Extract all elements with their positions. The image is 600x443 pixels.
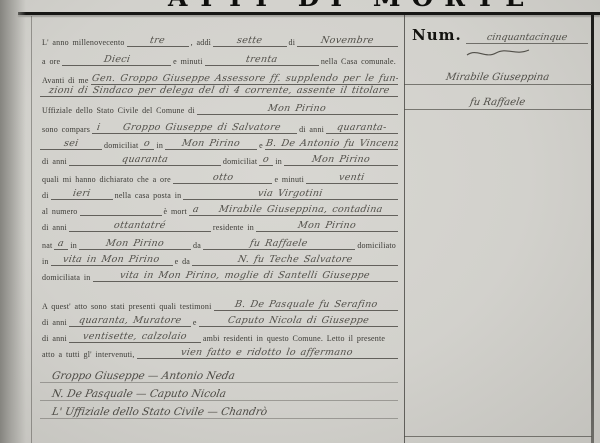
handwritten-entry: Mon Pirino — [256, 220, 398, 232]
printed-text: e minuti — [171, 57, 205, 66]
printed-text: nella casa posta in — [113, 191, 184, 200]
printed-text: quali mi hanno dichiarato che a ore — [40, 175, 173, 184]
top-border-rule — [18, 12, 600, 15]
handwritten-entry: vien fatto e ridotto lo affermano — [137, 347, 398, 359]
handwritten-entry — [80, 204, 162, 216]
handwritten-entry: venti — [306, 172, 398, 184]
handwritten-entry: a — [189, 204, 203, 216]
signature-area: Groppo Giuseppe — Antonio Neda N. De Pas… — [40, 365, 398, 419]
handwritten-entry: quaranta- — [326, 122, 398, 134]
act-line-closing: atto a tutti gl' intervenuti, vien fatto… — [40, 343, 398, 359]
handwritten-entry: sei — [40, 138, 102, 150]
handwritten-entry: otto — [173, 172, 273, 184]
signature-row: N. De Pasquale — Caputo Nicola — [40, 383, 398, 401]
handwritten-entry: o — [259, 154, 273, 166]
printed-text: domiciliato — [355, 241, 398, 250]
handwritten-entry: tre — [127, 35, 189, 47]
act-line-declaration: quali mi hanno dichiarato che a ore otto… — [40, 166, 398, 184]
printed-text: atto a tutti gl' intervenuti, — [40, 350, 137, 359]
printed-text: di — [287, 38, 298, 47]
act-body: L' anno millenovecento tre , addì sette … — [40, 28, 398, 419]
signature-row: Groppo Giuseppe — Antonio Neda — [40, 365, 398, 383]
printed-text: domiciliat — [102, 141, 140, 150]
handwritten-entry: i — [92, 122, 106, 134]
num-label: Num. — [412, 26, 462, 44]
printed-text: e — [191, 318, 199, 327]
act-line-witness1: di anni quaranta, Muratore e Caputo Nico… — [40, 311, 398, 327]
handwritten-entry: a — [54, 238, 68, 250]
act-line-declarant1: sono compars i Groppo Giuseppe di Salvat… — [40, 115, 398, 134]
act-line-witness2: di anni ventisette, calzolaio ambi resid… — [40, 327, 398, 343]
handwritten-entry: Dieci — [62, 54, 171, 66]
page-title: ATTI DI MORTE — [168, 0, 468, 11]
act-line-date: L' anno millenovecento tre , addì sette … — [40, 28, 398, 47]
printed-text: domiciliat — [221, 157, 259, 166]
printed-text: , addì — [189, 38, 213, 47]
act-line-witnesses: A quest' atto sono stati presenti quali … — [40, 293, 398, 311]
printed-text: e minuti — [272, 175, 306, 184]
act-line-place: di ieri nella casa posta in via Virgotin… — [40, 184, 398, 200]
act-line-comune: Uffiziale dello Stato Civile del Comune … — [40, 97, 398, 115]
printed-text: in — [40, 257, 51, 266]
act-line-declarant3: di anni quaranta domiciliat o in Mon Pir… — [40, 150, 398, 166]
printed-text: di anni — [297, 125, 326, 134]
record-number-handwritten: cinquantacinque — [466, 32, 588, 44]
printed-text: A quest' atto sono stati presenti quali … — [40, 302, 214, 311]
printed-text: ambi residenti in questo Comune. Letto i… — [201, 334, 387, 343]
handwritten-entry: N. fu Teche Salvatore — [192, 254, 398, 266]
handwritten-entry: ottantatré — [69, 220, 211, 232]
handwritten-entry: Caputo Nicola di Giuseppe — [199, 315, 398, 327]
handwritten-entry: o — [140, 138, 154, 150]
printed-text: L' anno millenovecento — [40, 38, 127, 47]
handwritten-entry: zioni di Sindaco per delega del dì 4 cor… — [40, 85, 398, 97]
act-line-official-cont: zioni di Sindaco per delega del dì 4 cor… — [40, 85, 398, 97]
act-line-deceased: al numero è mort a Mirabile Giuseppina, … — [40, 200, 398, 216]
printed-text: di — [40, 191, 51, 200]
printed-text: sono compars — [40, 125, 92, 134]
printed-text: di anni — [40, 334, 69, 343]
printed-text: da — [191, 241, 203, 250]
handwritten-entry: Mon Pirino — [197, 103, 398, 115]
printed-text: di anni — [40, 223, 69, 232]
printed-text: di anni — [40, 318, 69, 327]
handwritten-entry: Novembre — [297, 35, 398, 47]
printed-text: e — [257, 141, 265, 150]
act-line-father: in vita in Mon Pirino e da N. fu Teche S… — [40, 250, 398, 266]
act-line-mother: domiciliata in vita in Mon Pirino, mogli… — [40, 266, 398, 282]
printed-text: di anni — [40, 157, 69, 166]
margin-deceased-name: Mirabile Giuseppina — [404, 72, 592, 85]
scan-edge-left — [0, 0, 26, 443]
printed-text: nat — [40, 241, 54, 250]
act-line-declarant2: sei domiciliat o in Mon Pirino e B. De A… — [40, 134, 398, 150]
printed-text: è mort — [162, 207, 189, 216]
handwritten-entry: ieri — [51, 188, 113, 200]
handwritten-entry: Mon Pirino — [284, 154, 398, 166]
margin-column: Num. cinquantacinque Mirabile Giuseppina… — [404, 20, 592, 110]
handwritten-entry: sette — [213, 35, 286, 47]
handwritten-entry: via Virgotini — [183, 188, 398, 200]
handwritten-entry: Groppo Giuseppe di Salvatore — [106, 122, 297, 134]
death-record-page: ATTI DI MORTE L' anno millenovecento tre… — [0, 0, 600, 443]
handwritten-entry: quaranta — [69, 154, 221, 166]
printed-text: in — [154, 141, 165, 150]
handwritten-entry: vita in Mon Pirino — [51, 254, 173, 266]
act-line-age-residence: di anni ottantatré residente in Mon Piri… — [40, 216, 398, 232]
paraph-flourish-icon — [463, 46, 533, 60]
signature-row: L' Uffiziale dello Stato Civile — Chandr… — [40, 401, 398, 419]
handwritten-entry: Mon Pirino — [79, 238, 191, 250]
printed-text: a ore — [40, 57, 62, 66]
margin-deceased-patronymic: fu Raffaele — [404, 97, 592, 110]
handwritten-entry: Mon Pirino — [165, 138, 257, 150]
printed-text: in — [68, 241, 79, 250]
handwritten-entry: fu Raffaele — [203, 238, 355, 250]
printed-text: nella Casa comunale. — [319, 57, 398, 66]
record-number-row: Num. cinquantacinque — [404, 20, 592, 44]
printed-text: domiciliata in — [40, 273, 93, 282]
printed-text: Uffiziale dello Stato Civile del Comune … — [40, 106, 197, 115]
handwritten-entry: quaranta, Muratore — [69, 315, 191, 327]
page-fold-line — [31, 16, 32, 443]
act-line-time: a ore Dieci e minuti trenta nella Casa c… — [40, 47, 398, 66]
printed-text: Avanti di me — [40, 76, 91, 85]
handwritten-entry: B. De Antonio fu Vincenzo — [265, 138, 398, 150]
handwritten-entry: B. De Pasquale fu Serafino — [214, 299, 398, 311]
act-line-birth: nat a in Mon Pirino da fu Raffaele domic… — [40, 232, 398, 250]
handwritten-entry: trenta — [205, 54, 319, 66]
handwritten-entry: vita in Mon Pirino, moglie di Santelli G… — [93, 270, 398, 282]
printed-text: in — [273, 157, 284, 166]
handwritten-entry: Mirabile Giuseppina, contadina — [203, 204, 398, 216]
handwritten-entry: ventisette, calzolaio — [69, 331, 201, 343]
printed-text: residente in — [211, 223, 256, 232]
margin-bottom-rule — [404, 436, 592, 437]
handwritten-entry: Gen. Groppo Giuseppe Assessore ff. suppl… — [91, 73, 398, 85]
act-line-official: Avanti di me Gen. Groppo Giuseppe Assess… — [40, 66, 398, 85]
printed-text: e da — [173, 257, 192, 266]
printed-text: al numero — [40, 207, 80, 216]
